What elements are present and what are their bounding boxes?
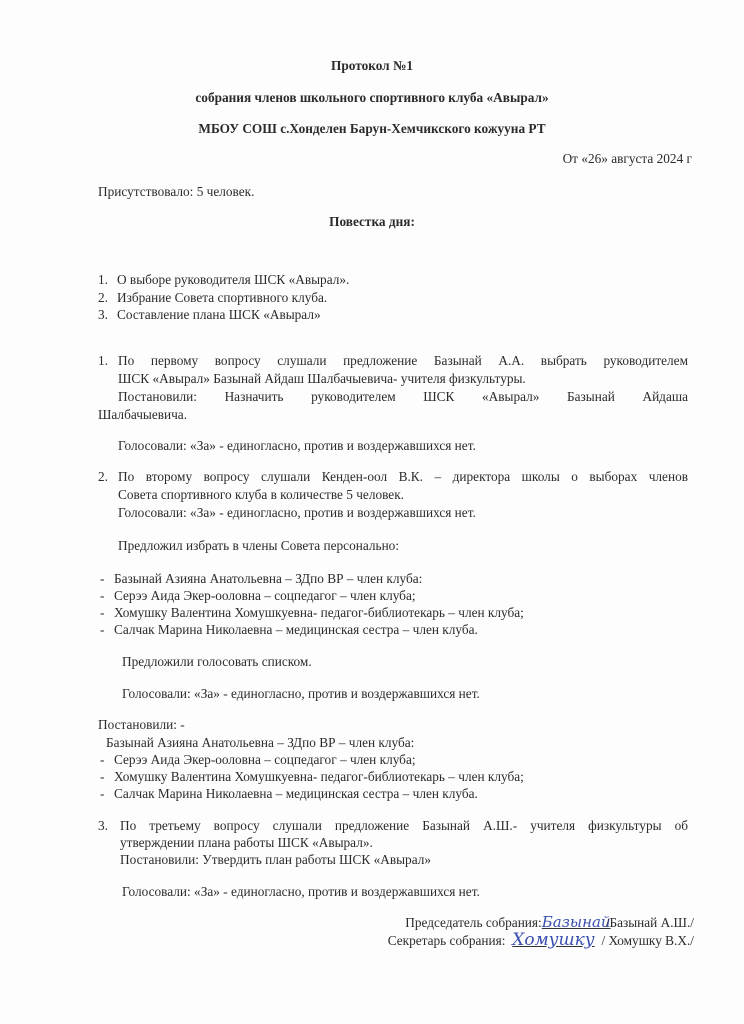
item-text: По третьему вопросу слушали предложение …	[120, 818, 688, 834]
item-number: 2.	[98, 469, 108, 485]
chair-signature: Базынай	[542, 913, 606, 931]
secretary-signature: Хомушку	[505, 930, 601, 950]
decision-text: Постановили: Утвердить план работы ШСК «…	[120, 852, 431, 868]
list-item: -Салчак Марина Николаевна – медицинская …	[100, 786, 104, 802]
list-item: -Серээ Аида Экер-ооловна – соцпедагог – …	[100, 752, 104, 768]
chair-name: /Базынай А.Ш./	[606, 915, 694, 930]
agenda-title: Повестка дня:	[0, 214, 744, 230]
secretary-label: Секретарь собрания:	[388, 933, 506, 948]
chair-label: Председатель собрания:	[405, 915, 542, 930]
proposal-text: Предложил избрать в члены Совета персона…	[118, 538, 399, 554]
vote-result: Голосовали: «За» - единогласно, против и…	[122, 686, 480, 702]
item-text: По второму вопросу слушали Кенден-оол В.…	[118, 469, 688, 485]
decision-text: Постановили: Назначить руководителем ШСК…	[118, 389, 688, 405]
document-date: От «26» августа 2024 г	[563, 151, 692, 167]
list-item: -Хомушку Валентина Хомушкуевна- педагог-…	[100, 605, 104, 621]
document-subtitle: собрания членов школьного спортивного кл…	[0, 90, 744, 106]
secretary-signature-line: Секретарь собрания:Хомушку/ Хомушку В.Х.…	[388, 930, 694, 950]
item-number: 1.	[98, 353, 108, 369]
agenda-item: 1.О выборе руководителя ШСК «Авырал».	[98, 272, 108, 288]
chair-signature-line: Председатель собрания:Базынай/Базынай А.…	[405, 913, 694, 931]
list-item: -Базынай Азияна Анатольевна – ЗДпо ВР – …	[100, 571, 104, 587]
list-vote-proposal: Предложили голосовать списком.	[122, 654, 312, 670]
item-text: ШСК «Авырал» Базынай Айдаш Шалбачыевича-…	[118, 371, 526, 387]
item-text: утверждении плана работы ШСК «Авырал».	[120, 835, 373, 851]
secretary-name: / Хомушку В.Х./	[601, 933, 694, 948]
list-item: -Серээ Аида Экер-ооловна – соцпедагог – …	[100, 588, 104, 604]
item-text: Совета спортивного клуба в количестве 5 …	[118, 487, 404, 503]
list-item: -Салчак Марина Николаевна – медицинская …	[100, 622, 104, 638]
item-number: 3.	[98, 818, 108, 834]
agenda-item: 3.Составление плана ШСК «Авырал»	[98, 307, 108, 323]
vote-result: Голосовали: «За» - единогласно, против и…	[122, 884, 480, 900]
item-text: По первому вопросу слушали предложение Б…	[118, 353, 688, 369]
agenda-item: 2.Избрание Совета спортивного клуба.	[98, 290, 108, 306]
decision-label: Постановили: -	[98, 717, 185, 733]
document-title: Протокол №1	[0, 58, 744, 74]
vote-result: Голосовали: «За» - единогласно, против и…	[118, 505, 476, 521]
organization-name: МБОУ СОШ с.Хонделен Барун-Хемчикского ко…	[0, 121, 744, 137]
attendance: Присутствовало: 5 человек.	[98, 184, 254, 200]
list-item: Базынай Азияна Анатольевна – ЗДпо ВР – ч…	[106, 735, 414, 751]
decision-text: Шалбачыевича.	[98, 407, 187, 423]
list-item: -Хомушку Валентина Хомушкуевна- педагог-…	[100, 769, 104, 785]
vote-result: Голосовали: «За» - единогласно, против и…	[118, 438, 476, 454]
